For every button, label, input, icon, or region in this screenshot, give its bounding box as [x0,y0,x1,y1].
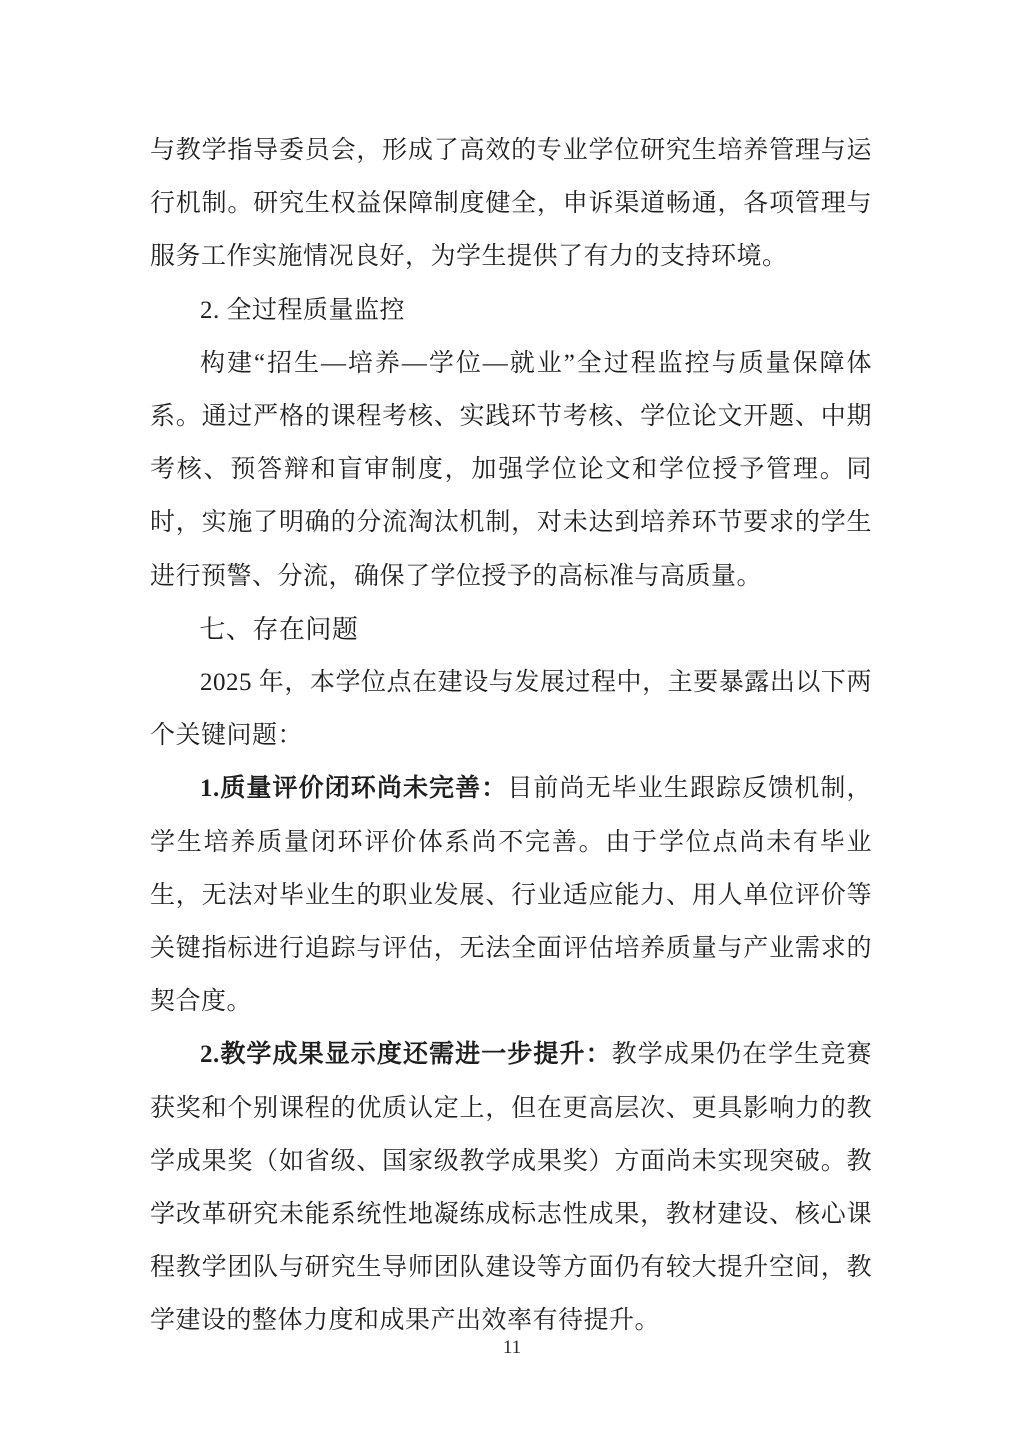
paragraph-process-quality: 构建“招生—培养—学位—就业”全过程监控与质量保障体系。通过严格的课程考核、实践… [150,337,872,603]
problem-2-title: 2.教学成果显示度还需进一步提升： [200,1041,612,1068]
paragraph-problems-intro: 2025 年，本学位点在建设与发展过程中，主要暴露出以下两个关键问题： [150,656,872,762]
document-page: 与教学指导委员会，形成了高效的专业学位研究生培养管理与运行机制。研究生权益保障制… [0,0,1024,1448]
problem-2-text: 教学成果仍在学生竞赛获奖和个别课程的优质认定上，但在更高层次、更具影响力的教学成… [150,1041,872,1334]
paragraph-problem-1: 1.质量评价闭环尚未完善：目前尚无毕业生跟踪反馈机制，学生培养质量闭环评价体系尚… [150,762,872,1028]
problem-1-title: 1.质量评价闭环尚未完善： [200,775,507,802]
section-heading-existing-problems: 七、存在问题 [150,603,872,656]
page-number: 11 [0,1336,1024,1360]
subheading-process-quality-monitoring: 2. 全过程质量监控 [150,284,872,337]
paragraph-problem-2: 2.教学成果显示度还需进一步提升：教学成果仍在学生竞赛获奖和个别课程的优质认定上… [150,1028,872,1347]
document-body: 与教学指导委员会，形成了高效的专业学位研究生培养管理与运行机制。研究生权益保障制… [150,124,872,1348]
problem-1-text: 目前尚无毕业生跟踪反馈机制，学生培养质量闭环评价体系尚不完善。由于学位点尚未有毕… [150,775,872,1015]
paragraph-governance-continuation: 与教学指导委员会，形成了高效的专业学位研究生培养管理与运行机制。研究生权益保障制… [150,124,872,284]
